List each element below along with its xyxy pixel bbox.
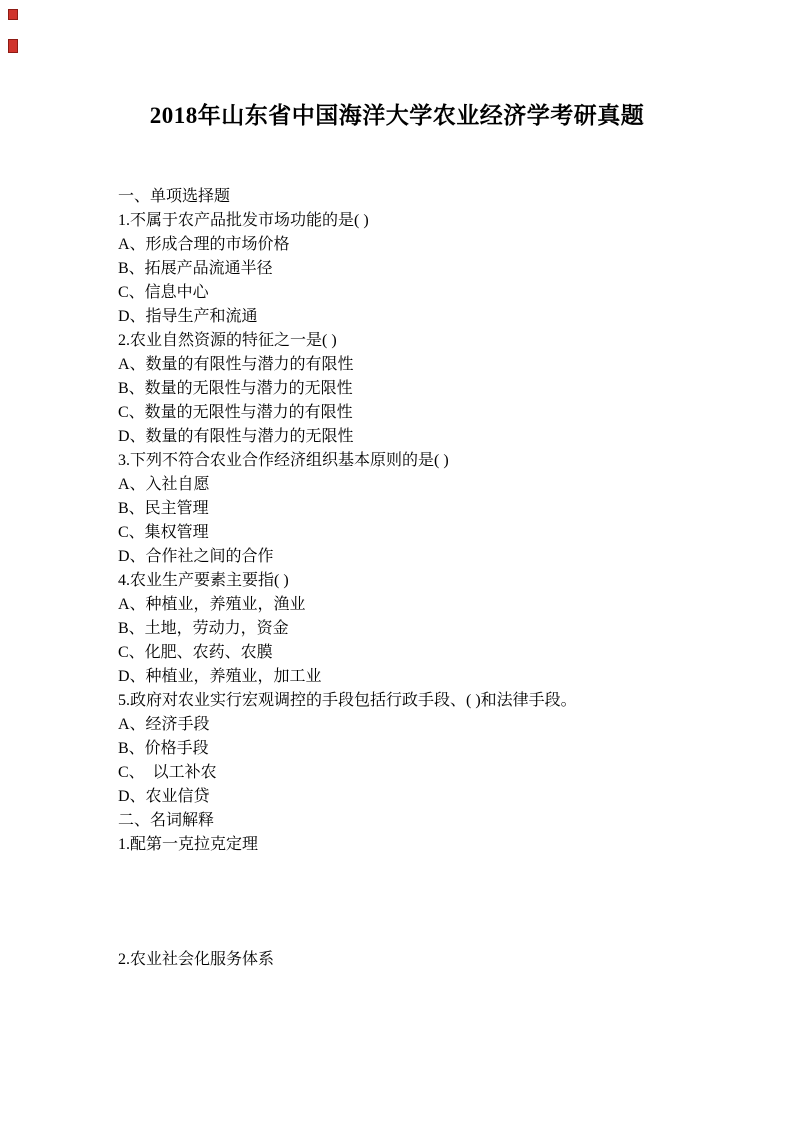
q5-stem: 5.政府对农业实行宏观调控的手段包括行政手段、( )和法律手段。: [118, 689, 734, 713]
q1-option-c: C、信息中心: [118, 281, 734, 305]
term-2: 2.农业社会化服务体系: [118, 948, 734, 972]
q1-option-b: B、拓展产品流通半径: [118, 257, 734, 281]
q3-option-a: A、入社自愿: [118, 473, 734, 497]
q5-option-d: D、农业信贷: [118, 785, 734, 809]
q4-option-b: B、土地，劳动力，资金: [118, 617, 734, 641]
q2-option-d: D、数量的有限性与潜力的无限性: [118, 425, 734, 449]
q4-option-c: C、化肥、农药、农膜: [118, 641, 734, 665]
red-placeholder-icon: [8, 39, 18, 53]
document-body: 一、单项选择题 1.不属于农产品批发市场功能的是( ) A、形成合理的市场价格 …: [118, 185, 734, 972]
q1-option-d: D、指导生产和流通: [118, 305, 734, 329]
q2-stem: 2.农业自然资源的特征之一是( ): [118, 329, 734, 353]
q4-option-d: D、种植业，养殖业，加工业: [118, 665, 734, 689]
section-1-heading: 一、单项选择题: [118, 185, 734, 209]
q5-option-a: A、经济手段: [118, 713, 734, 737]
term-1: 1.配第一克拉克定理: [118, 833, 734, 857]
q5-option-c: C、 以工补农: [118, 761, 734, 785]
q3-option-b: B、民主管理: [118, 497, 734, 521]
q4-option-a: A、种植业，养殖业，渔业: [118, 593, 734, 617]
section-2-heading: 二、名词解释: [118, 809, 734, 833]
q1-stem: 1.不属于农产品批发市场功能的是( ): [118, 209, 734, 233]
answer-space: [118, 857, 734, 948]
q5-option-b: B、价格手段: [118, 737, 734, 761]
q2-option-b: B、数量的无限性与潜力的无限性: [118, 377, 734, 401]
q4-stem: 4.农业生产要素主要指( ): [118, 569, 734, 593]
q2-option-a: A、数量的有限性与潜力的有限性: [118, 353, 734, 377]
q1-option-a: A、形成合理的市场价格: [118, 233, 734, 257]
q3-option-c: C、集权管理: [118, 521, 734, 545]
document-page: 2018年山东省中国海洋大学农业经济学考研真题 一、单项选择题 1.不属于农产品…: [0, 0, 794, 1123]
red-placeholder-icon: [8, 9, 18, 20]
q2-option-c: C、数量的无限性与潜力的有限性: [118, 401, 734, 425]
q3-option-d: D、合作社之间的合作: [118, 545, 734, 569]
page-title: 2018年山东省中国海洋大学农业经济学考研真题: [0, 0, 794, 130]
q3-stem: 3.下列不符合农业合作经济组织基本原则的是( ): [118, 449, 734, 473]
